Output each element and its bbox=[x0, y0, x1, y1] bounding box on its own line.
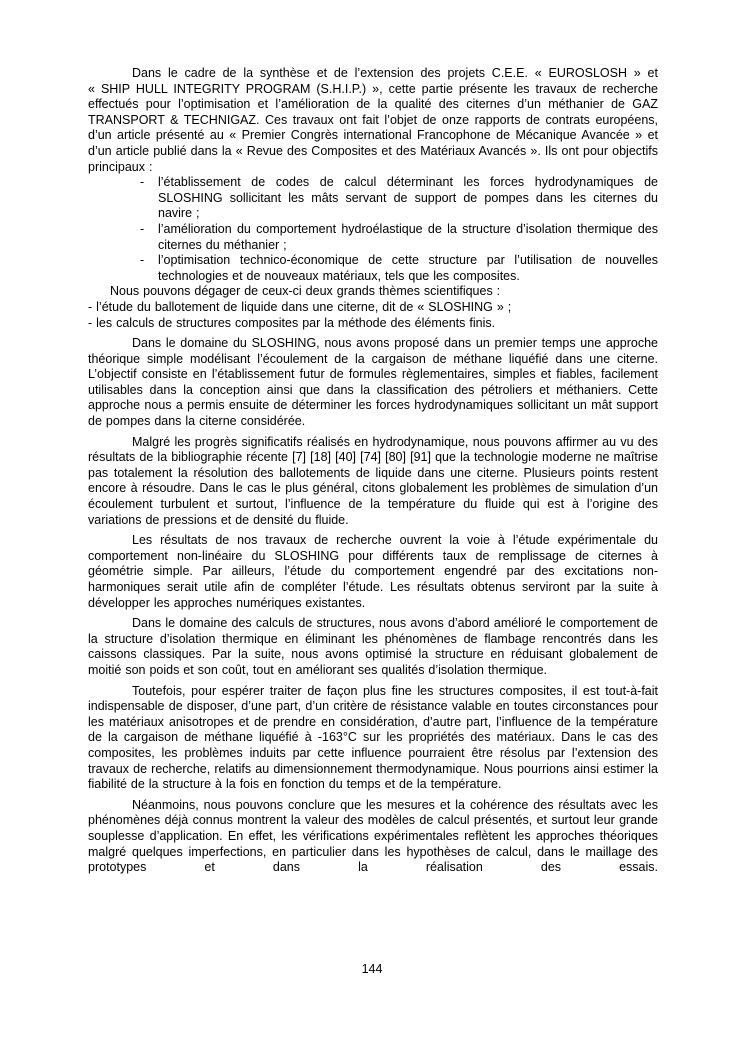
objective-list-item: - l’optimisation technico-économique de … bbox=[88, 253, 658, 284]
list-dash-marker: - bbox=[140, 175, 144, 191]
themes-intro: Nous pouvons dégager de ceux-ci deux gra… bbox=[88, 284, 658, 300]
paragraph-neanmoins: Néanmoins, nous pouvons conclure que les… bbox=[88, 798, 658, 876]
objective-text: l’établissement de codes de calcul déter… bbox=[158, 175, 658, 220]
objective-text: l’amélioration du comportement hydroélas… bbox=[158, 222, 658, 252]
theme-item: - les calculs de structures composites p… bbox=[88, 316, 658, 332]
paragraph-toutefois: Toutefois, pour espérer traiter de façon… bbox=[88, 684, 658, 793]
paragraph-calculs-structures: Dans le domaine des calculs de structure… bbox=[88, 616, 658, 678]
objective-list-item: - l’amélioration du comportement hydroél… bbox=[88, 222, 658, 253]
paragraph-resultats: Les résultats de nos travaux de recherch… bbox=[88, 533, 658, 611]
page-number: 144 bbox=[0, 962, 744, 978]
objective-text: l’optimisation technico-économique de ce… bbox=[158, 253, 658, 283]
paragraph-intro: Dans le cadre de la synthèse et de l’ext… bbox=[88, 66, 658, 175]
document-page: Dans le cadre de la synthèse et de l’ext… bbox=[0, 0, 744, 1053]
paragraph-hydrodynamique: Malgré les progrès significatifs réalisé… bbox=[88, 435, 658, 529]
list-dash-marker: - bbox=[140, 253, 144, 269]
paragraph-sloshing: Dans le domaine du SLOSHING, nous avons … bbox=[88, 336, 658, 430]
page-content: Dans le cadre de la synthèse et de l’ext… bbox=[88, 66, 658, 876]
objective-list-item: - l’établissement de codes de calcul dét… bbox=[88, 175, 658, 222]
theme-item: - l’étude du ballotement de liquide dans… bbox=[88, 300, 658, 316]
list-dash-marker: - bbox=[140, 222, 144, 238]
